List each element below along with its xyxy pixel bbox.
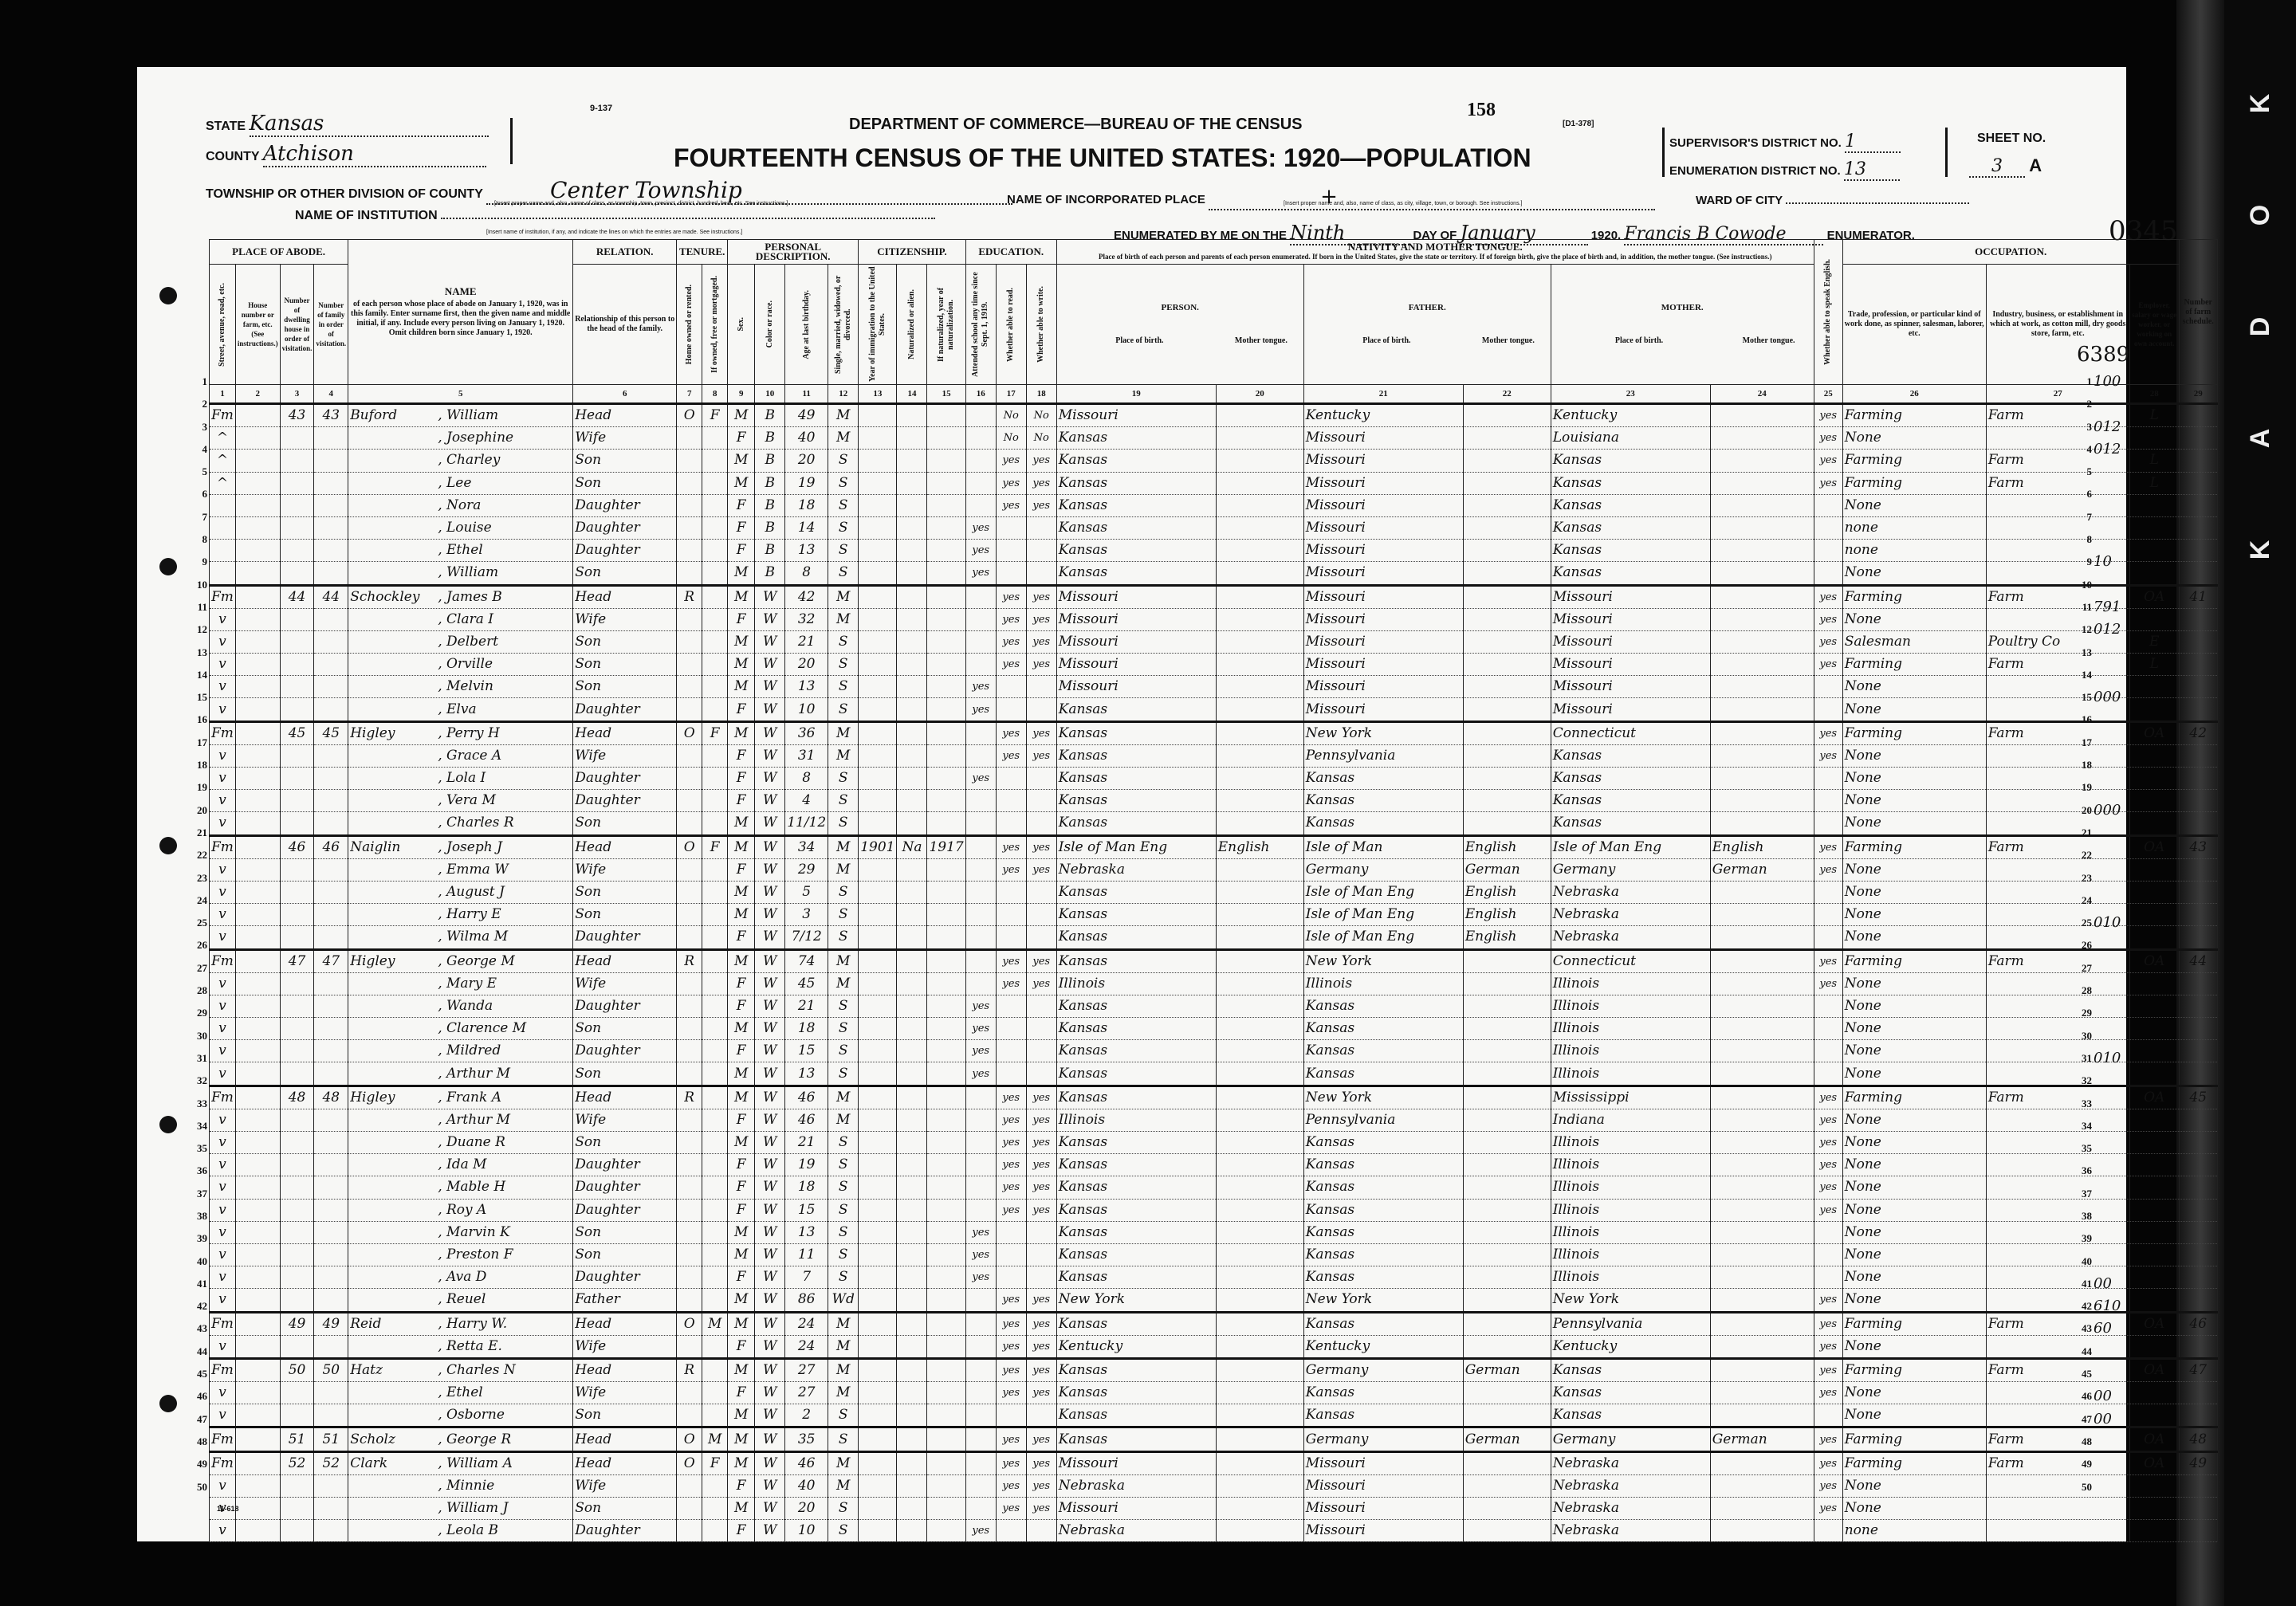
column-number: 10 [755,385,785,404]
cell-marital: S [828,676,859,698]
enumeration-value: 13 [1844,159,1900,181]
cell-school: yes [965,698,996,721]
table-row: v, MildredDaughterFW15SyesKansasKansasIl… [210,1040,2218,1062]
cell-english [1814,812,1842,835]
cell-natyear [927,1243,965,1266]
cell-farm [2179,812,2217,835]
cell-nat [897,744,927,767]
cell-f-tongue [1463,1404,1551,1427]
cell-f-birth: Missouri [1303,1474,1463,1497]
cell-house [235,1382,280,1404]
cell-dwelling [280,516,314,539]
person-name: , Ethel [348,540,573,562]
cell-school [965,1358,996,1381]
cell-marital: S [828,1040,859,1062]
person-name: , Emma W [348,858,573,881]
cell-m-birth: Missouri [1551,630,1710,653]
cell-nat [897,1176,927,1199]
cell-write [1026,676,1056,698]
cell-f-tongue [1463,721,1551,744]
cell-f-tongue [1463,1062,1551,1086]
cell-school [965,494,996,516]
cell-street: ^ [210,472,236,494]
column-number: 5 [348,385,573,404]
table-row: Fm5252Clark, William AHeadOFMW46MyesyesM… [210,1451,2218,1474]
cell-race: W [755,1498,785,1520]
cell-read: yes [996,721,1026,744]
cell-birth: Kansas [1056,516,1216,539]
given-name: Charles R [446,815,514,830]
cell-read [996,562,1026,585]
cell-relation: Daughter [573,1199,677,1221]
line-number: 26 [2070,934,2092,956]
person-name: , Louise [348,516,573,539]
person-name: , Osborne [348,1404,573,1427]
cell-trade: None [1842,1474,1986,1497]
margin-note [2094,1183,2157,1205]
line-number: 26 [185,934,207,956]
cell-tongue [1216,427,1303,450]
cell-owned [677,904,702,926]
cell-race: W [755,926,785,949]
cell-free [702,1018,728,1040]
cell-tongue [1216,585,1303,608]
cell-m-tongue [1710,1176,1814,1199]
person-name: , Nora [348,494,573,516]
cell-street: v [210,768,236,790]
cell-dwelling [280,427,314,450]
form-number: 9-137 [590,104,612,113]
line-number: 17 [2070,732,2092,754]
cell-tongue [1216,654,1303,676]
person-name: , William J [348,1498,573,1520]
cell-farm [2179,1132,2217,1154]
cell-free: F [702,404,728,427]
cell-m-tongue [1710,1221,1814,1243]
cell-race: W [755,585,785,608]
cell-relation: Wife [573,1382,677,1404]
person-name: , Ava D [348,1266,573,1289]
table-row: Fm5050Hatz, Charles NHeadRMW27MyesyesKan… [210,1358,2218,1381]
cell-free [702,1266,728,1289]
cell-m-birth: Nebraska [1551,1474,1710,1497]
cell-natyear [927,676,965,698]
cell-write [1026,1243,1056,1266]
cell-street: v [210,1289,236,1312]
cell-family [314,1289,348,1312]
person-name: , Lee [348,472,573,494]
cell-english [1814,790,1842,812]
cell-english [1814,995,1842,1017]
cell-write [1026,1221,1056,1243]
column-4-header: Number of family in order of visitation. [314,265,348,385]
cell-tongue [1216,1266,1303,1289]
cell-natyear [927,494,965,516]
cell-marital: S [828,1498,859,1520]
cell-school [965,1474,996,1497]
cell-tongue [1216,1109,1303,1131]
cell-sex: F [728,540,755,562]
cell-age: 21 [785,1132,828,1154]
cell-imm [859,698,897,721]
cell-natyear [927,654,965,676]
cell-imm [859,1474,897,1497]
cell-m-tongue [1710,1358,1814,1381]
sheet-side: A [2029,155,2042,175]
cell-school [965,1199,996,1221]
cell-trade: None [1842,1109,1986,1131]
cell-house [235,1086,280,1109]
cell-m-birth: Indiana [1551,1109,1710,1131]
column-7-header: Home owned or rented. [677,265,702,385]
cell-free [702,926,728,949]
cell-nat [897,1312,927,1335]
cell-tongue [1216,858,1303,881]
cell-english: yes [1814,721,1842,744]
cell-dwelling: 46 [280,835,314,858]
group-personal-description: PERSONAL DESCRIPTION. [728,240,859,265]
cell-relation: Son [573,881,677,903]
cell-marital: M [828,1109,859,1131]
person-name: Higley, Perry H [348,721,573,744]
person-name: , Charley [348,450,573,472]
cell-age: 8 [785,768,828,790]
surname: Scholz [350,1429,438,1451]
cell-marital: S [828,904,859,926]
cell-trade: none [1842,516,1986,539]
cell-english: yes [1814,1474,1842,1497]
cell-farm: 45 [2179,1086,2217,1109]
cell-f-tongue [1463,698,1551,721]
cell-age: 4 [785,790,828,812]
cell-f-birth: Kansas [1303,1154,1463,1176]
cell-write: No [1026,404,1056,427]
margin-note: 012 [2094,416,2157,438]
cell-dwelling [280,1474,314,1497]
cell-birth: Kansas [1056,1221,1216,1243]
cell-relation: Son [573,1243,677,1266]
cell-m-birth: Missouri [1551,608,1710,630]
line-number: 4 [2070,438,2092,461]
cell-f-birth: Missouri [1303,676,1463,698]
cell-sex: F [728,698,755,721]
cell-f-tongue [1463,404,1551,427]
name-header-title: NAME [350,287,571,296]
table-row: ^, CharleySonMB20SyesyesKansasMissouriKa… [210,450,2218,472]
margin-note: 610 [2094,1295,2157,1317]
cell-nat [897,812,927,835]
cell-owned [677,630,702,653]
cell-m-tongue [1710,812,1814,835]
cell-natyear [927,1040,965,1062]
cell-house [235,1404,280,1427]
cell-natyear [927,1451,965,1474]
margin-note: 012 [2094,618,2157,641]
cell-owned [677,1062,702,1086]
cell-imm [859,1451,897,1474]
cell-f-tongue: English [1463,926,1551,949]
cell-read [996,768,1026,790]
cell-age: 11 [785,1243,828,1266]
person-name: , Melvin [348,676,573,698]
mother-subheader: MOTHER.Place of birth.Mother tongue. [1551,265,1814,385]
cell-school [965,472,996,494]
cell-industry [1986,1498,2129,1520]
cell-nat [897,1289,927,1312]
cell-tongue [1216,812,1303,835]
cell-house [235,1358,280,1381]
cell-marital: S [828,881,859,903]
cell-owned [677,1040,702,1062]
cell-school [965,858,996,881]
cell-birth: Missouri [1056,404,1216,427]
cell-f-tongue [1463,472,1551,494]
cell-street: Fm [210,1358,236,1381]
cell-industry [1986,1520,2129,1542]
cell-free: M [702,1312,728,1335]
cell-race: W [755,949,785,972]
cell-sex: M [728,630,755,653]
cell-birth: Kansas [1056,1062,1216,1086]
person-name: Hatz, Charles N [348,1358,573,1381]
margin-note [2094,1205,2157,1227]
margin-note [2094,1251,2157,1273]
cell-farm: 42 [2179,721,2217,744]
cell-street: v [210,1062,236,1086]
cell-family [314,1199,348,1221]
cell-m-birth: Nebraska [1551,926,1710,949]
cell-house [235,1109,280,1131]
cell-m-birth: Illinois [1551,1221,1710,1243]
cell-street: v [210,630,236,653]
cell-school: yes [965,768,996,790]
cell-english [1814,1018,1842,1040]
cell-relation: Son [573,1498,677,1520]
cell-imm [859,494,897,516]
cell-read: yes [996,1427,1026,1451]
cell-english [1814,881,1842,903]
cell-imm [859,1289,897,1312]
cell-tongue [1216,562,1303,585]
cell-street: v [210,904,236,926]
cell-farm [2179,858,2217,881]
cell-relation: Daughter [573,1154,677,1176]
cell-sex: F [728,972,755,995]
group-education: EDUCATION. [965,240,1056,265]
cell-m-birth: Pennsylvania [1551,1312,1710,1335]
cell-m-tongue [1710,1062,1814,1086]
cell-write [1026,881,1056,903]
mother-birth-label: Place of birth. [1553,336,1726,346]
cell-f-tongue: English [1463,881,1551,903]
cell-relation: Son [573,562,677,585]
line-number: 42 [2070,1295,2092,1317]
cell-tongue [1216,1427,1303,1451]
cell-english [1814,676,1842,698]
column-18-header: Whether able to write. [1026,265,1056,385]
cell-m-birth: Kansas [1551,540,1710,562]
person-name: , Roy A [348,1199,573,1221]
line-number: 24 [185,889,207,912]
margin-note [2094,1093,2157,1115]
cell-marital: S [828,1404,859,1427]
cell-house [235,1221,280,1243]
margin-note [2094,980,2157,1002]
cell-street: v [210,1382,236,1404]
cell-f-birth: Kansas [1303,1221,1463,1243]
cell-f-tongue [1463,949,1551,972]
cell-dwelling [280,1266,314,1289]
cell-f-tongue: German [1463,858,1551,881]
person-name: Reid, Harry W. [348,1312,573,1335]
cell-owned [677,1176,702,1199]
given-name: Clara I [446,611,493,627]
column-7-label: Home owned or rented. [685,285,694,364]
cell-house [235,1289,280,1312]
cell-birth: Kansas [1056,1358,1216,1381]
cell-free [702,1109,728,1131]
cell-english [1814,540,1842,562]
line-number: 2 [185,393,207,415]
cell-farm [2179,698,2217,721]
cell-nat [897,721,927,744]
cell-m-tongue [1710,1199,1814,1221]
cell-house [235,1154,280,1176]
table-row: , WilliamSonMB8SyesKansasMissouriKansasN… [210,562,2218,585]
cell-street [210,562,236,585]
cell-family [314,858,348,881]
column-number: 13 [859,385,897,404]
cell-nat [897,676,927,698]
table-row: v, Marvin KSonMW13SyesKansasKansasIllino… [210,1221,2218,1243]
cell-trade: None [1842,608,1986,630]
table-row: Fm4444Schockley, James BHeadRMW42Myesyes… [210,585,2218,608]
cell-age: 18 [785,1176,828,1199]
cell-race: B [755,516,785,539]
cell-m-birth: Kansas [1551,790,1710,812]
cell-free: M [702,1427,728,1451]
cell-family [314,1062,348,1086]
cell-owned: O [677,404,702,427]
footer-code: 11-618 [217,1505,239,1513]
table-row: v, Lola IDaughterFW8SyesKansasKansasKans… [210,768,2218,790]
cell-free [702,1289,728,1312]
given-name: Josephine [446,430,513,446]
cell-race: W [755,768,785,790]
cell-write: yes [1026,654,1056,676]
cell-write [1026,1018,1056,1040]
cell-read: yes [996,1335,1026,1358]
cell-owned [677,881,702,903]
cell-birth: Kansas [1056,1018,1216,1040]
cell-trade: Farming [1842,949,1986,972]
line-number: 21 [2070,822,2092,844]
cell-tongue [1216,516,1303,539]
cell-english [1814,904,1842,926]
kodak-letter: A [2204,422,2296,454]
cell-family [314,744,348,767]
cell-read [996,790,1026,812]
person-name: , Ethel [348,1382,573,1404]
column-14-header: Naturalized or alien. [897,265,927,385]
cell-school: yes [965,562,996,585]
kodak-brand: KODAK [2244,48,2276,606]
person-name: , Delbert [348,630,573,653]
cell-tongue [1216,1335,1303,1358]
table-row: , LouiseDaughterFB14SyesKansasMissouriKa… [210,516,2218,539]
line-number: 44 [2070,1341,2092,1363]
cell-sex: F [728,494,755,516]
cell-dwelling [280,926,314,949]
person-tongue-label: Mother tongue. [1221,336,1302,346]
cell-m-birth: Germany [1551,1427,1710,1451]
column-number: 4 [314,385,348,404]
cell-imm [859,1312,897,1335]
cell-m-birth: Illinois [1551,1040,1710,1062]
cell-english [1814,1040,1842,1062]
cell-farm [2179,1109,2217,1131]
cell-free: F [702,1451,728,1474]
cell-trade: Salesman [1842,630,1986,653]
cell-m-birth: Illinois [1551,1266,1710,1289]
cell-sex: M [728,1086,755,1109]
cell-birth: Nebraska [1056,858,1216,881]
cell-dwelling [280,1498,314,1520]
mother-tongue-label: Mother tongue. [1725,336,1811,346]
cell-nat [897,768,927,790]
cell-relation: Father [573,1289,677,1312]
cell-natyear [927,427,965,450]
cell-school [965,812,996,835]
cell-natyear: 1917 [927,835,965,858]
line-number: 4 [185,438,207,461]
cell-imm [859,427,897,450]
cell-nat [897,540,927,562]
cell-owned [677,450,702,472]
cell-tongue [1216,1358,1303,1381]
cell-house [235,790,280,812]
table-row: v, WandaDaughterFW21SyesKansasKansasIlli… [210,995,2218,1017]
cell-english: yes [1814,1176,1842,1199]
column-number: 3 [280,385,314,404]
cell-imm [859,1335,897,1358]
cell-race: B [755,540,785,562]
cell-age: 13 [785,540,828,562]
cell-relation: Son [573,1062,677,1086]
cell-trade: None [1842,1266,1986,1289]
cell-marital: S [828,1018,859,1040]
cell-write: yes [1026,858,1056,881]
margin-note [2094,642,2157,664]
cell-owned: O [677,721,702,744]
cell-write [1026,1404,1056,1427]
cell-f-tongue [1463,1498,1551,1520]
cell-nat [897,858,927,881]
cell-house [235,721,280,744]
cell-marital: S [828,450,859,472]
cell-farm [2179,630,2217,653]
cell-race: W [755,812,785,835]
cell-f-birth: Kansas [1303,1382,1463,1404]
cell-birth: Kansas [1056,1266,1216,1289]
cell-write: yes [1026,1176,1056,1199]
line-number: 25 [185,912,207,934]
cell-english: yes [1814,1086,1842,1109]
cell-marital: M [828,608,859,630]
line-number: 24 [2070,889,2092,912]
name-header-note: of each person whose place of abode on J… [350,300,571,338]
cell-age: 45 [785,972,828,995]
